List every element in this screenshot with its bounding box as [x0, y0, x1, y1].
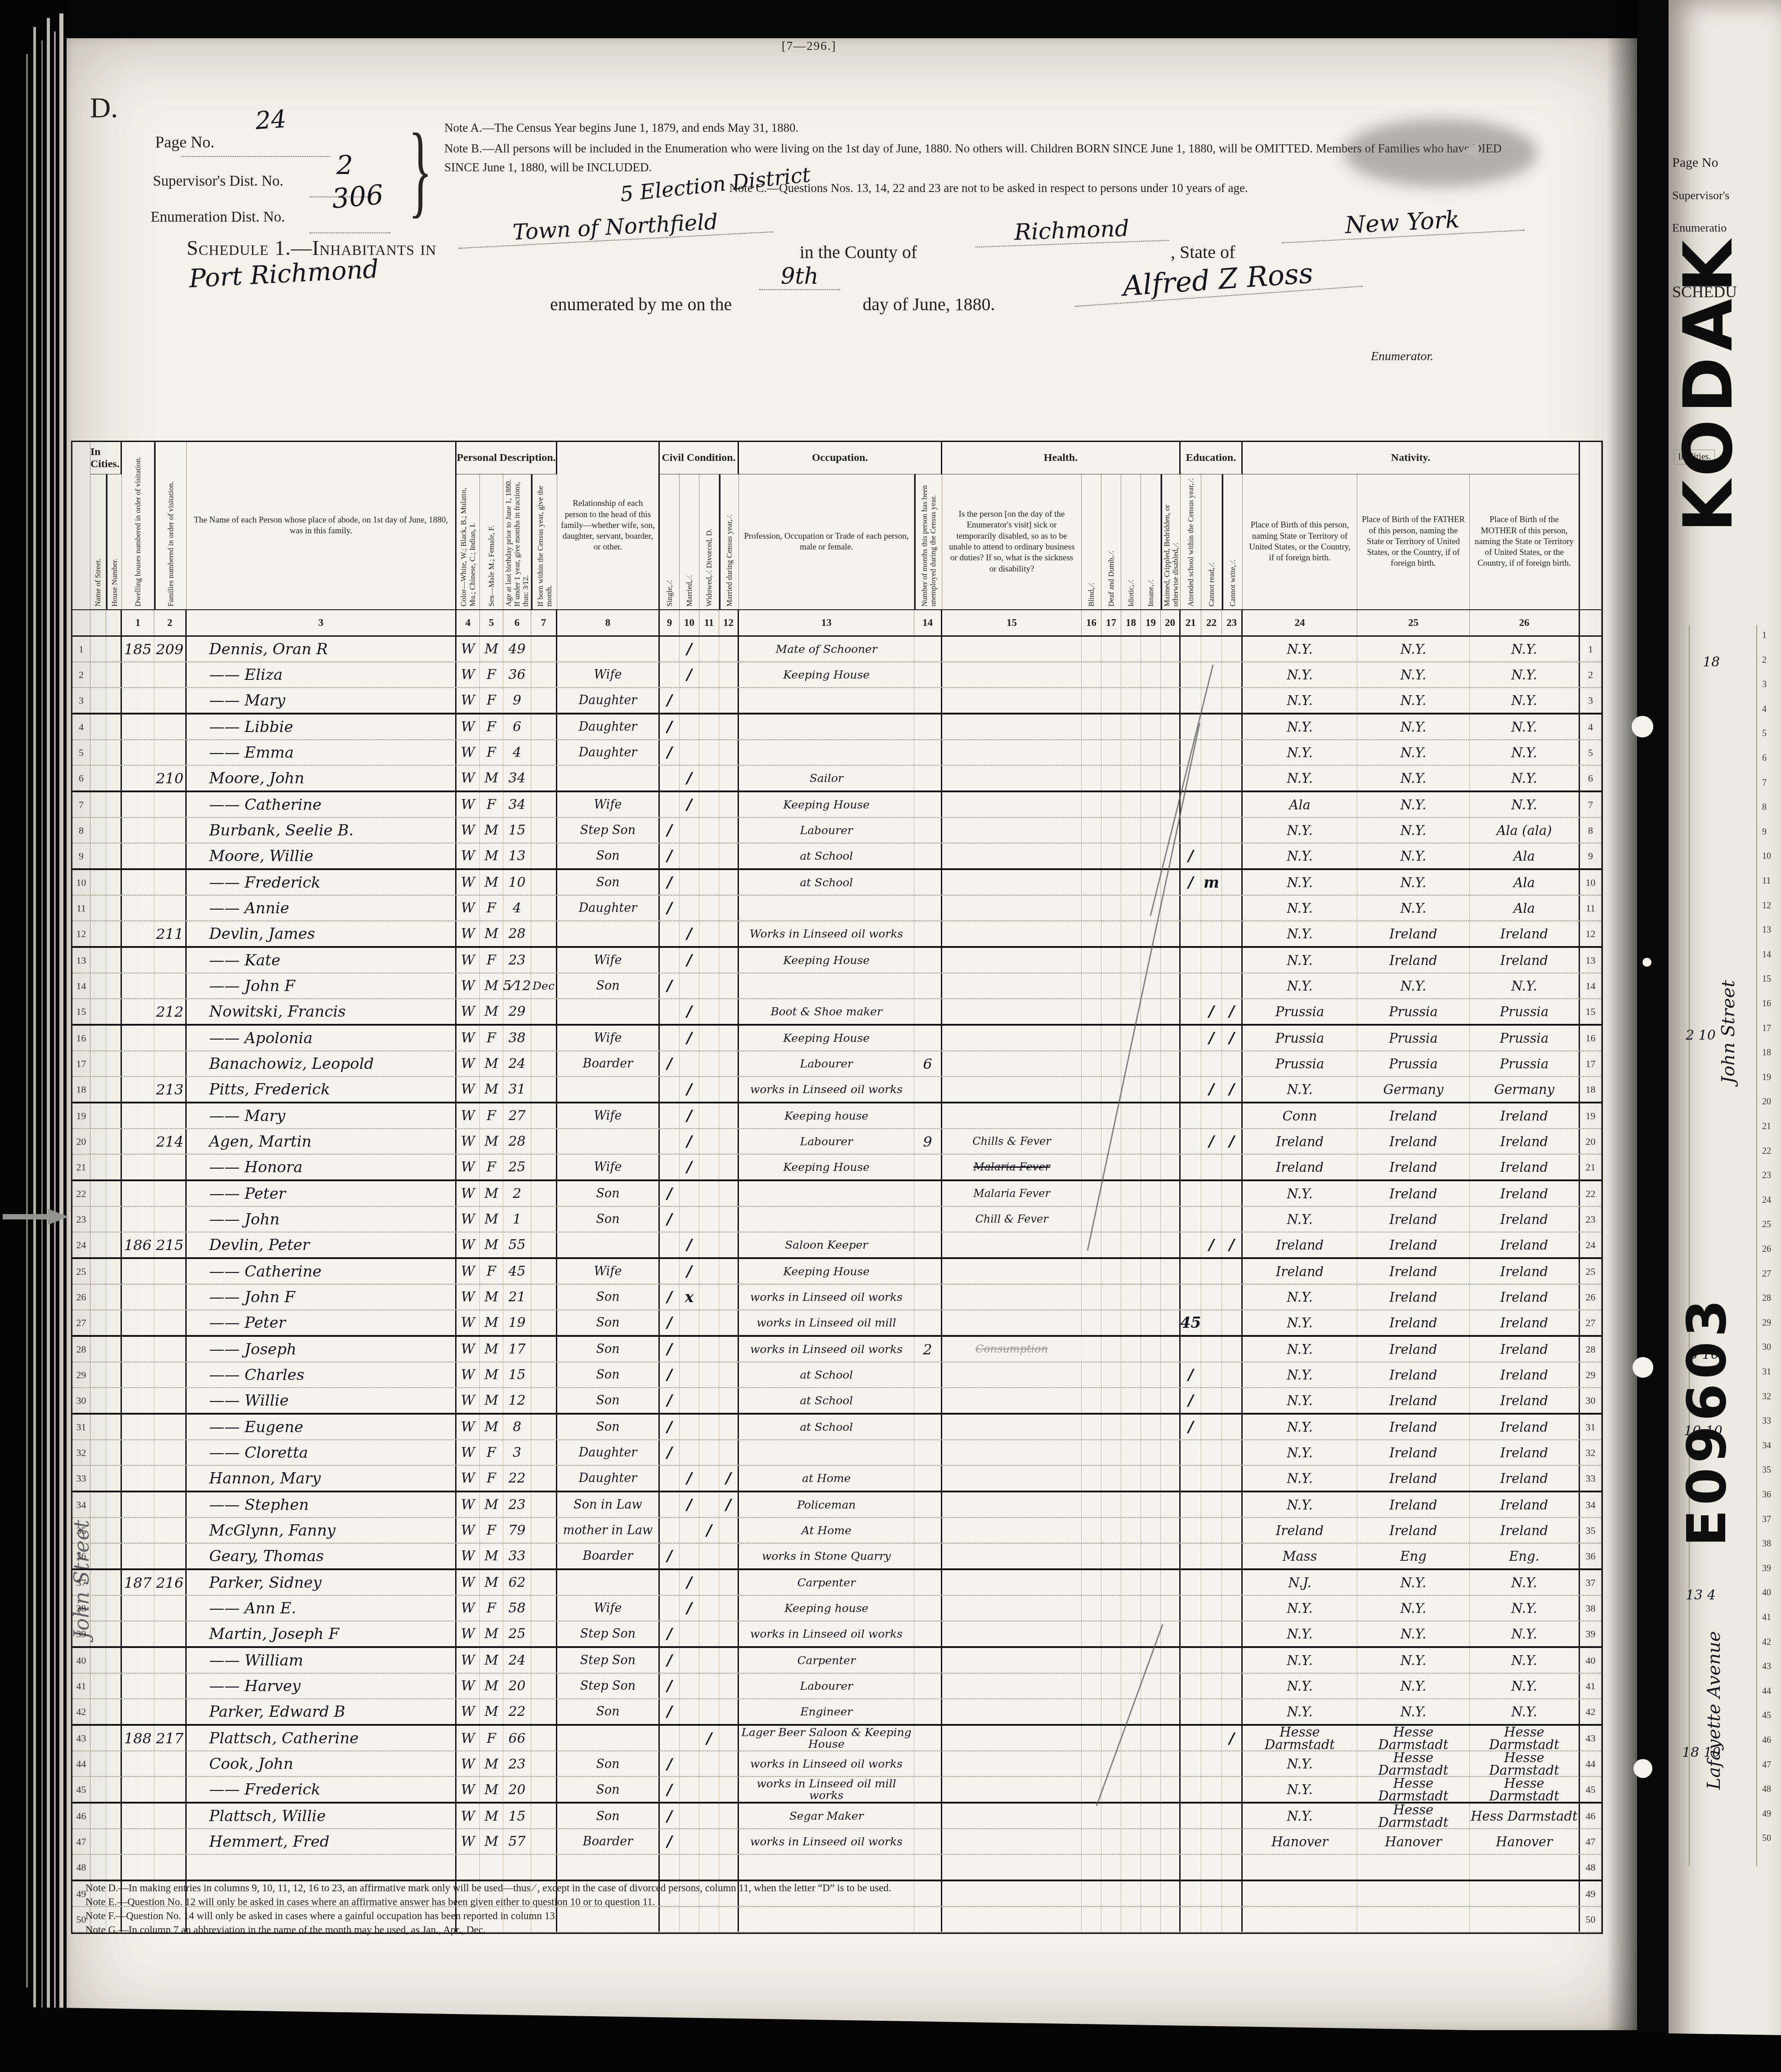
header-group-pd: Personal Description.	[456, 442, 557, 474]
cell-maimed	[1161, 1362, 1181, 1387]
cell-widowed	[699, 1674, 719, 1698]
cell-month-born	[531, 1310, 557, 1335]
cell-father-birthplace: N.Y.	[1357, 973, 1470, 998]
cell-age: 4	[503, 896, 531, 920]
cell-mother-birthplace: Ala (ala)	[1470, 818, 1580, 843]
cell-cannot-write	[1222, 1415, 1243, 1439]
cell-months-unemployed	[914, 1621, 942, 1646]
cell-cannot-write	[1222, 688, 1243, 713]
cell-relationship: Son	[557, 1804, 660, 1829]
row-number-right: 36	[1580, 1544, 1602, 1568]
row-number-right: 11	[1580, 896, 1602, 920]
cell-cannot-read	[1201, 1596, 1222, 1621]
cell-months-unemployed	[914, 1207, 942, 1232]
cell-sex: F	[480, 1026, 503, 1050]
cell-age: 49	[503, 637, 531, 661]
cell-insane	[1141, 1103, 1161, 1128]
cell-month-born	[531, 1129, 557, 1154]
cell-idiotic	[1121, 1259, 1141, 1284]
np-row-number: 28	[1762, 1293, 1771, 1304]
cell-married-in-year	[719, 844, 739, 868]
cell-street	[90, 1103, 106, 1128]
cell-maimed	[1161, 1544, 1181, 1568]
cell-married-in-year	[719, 792, 739, 817]
cell-single: /	[660, 1804, 680, 1829]
row-number-left: 8	[72, 818, 90, 843]
np-row-number: 10	[1762, 851, 1771, 862]
cell-attended-school	[1181, 1129, 1201, 1154]
cell-month-born	[531, 688, 557, 713]
cell-blind	[1082, 1804, 1101, 1829]
cell-family: 216	[154, 1570, 187, 1595]
cell-cannot-read: /	[1201, 1077, 1222, 1102]
cell-deaf-dumb	[1101, 1466, 1121, 1491]
cell-blind	[1082, 1155, 1101, 1179]
cell-maimed	[1161, 1570, 1181, 1595]
cell-months-unemployed	[914, 1362, 942, 1387]
cell-name: —— Joseph	[187, 1337, 456, 1362]
table-body: 1185209Dennis, Oran RWM49/Mate of Schoon…	[72, 637, 1602, 1933]
cell-blind	[1082, 870, 1101, 895]
cell-attended-school	[1181, 999, 1201, 1024]
cell-married-in-year	[719, 1699, 739, 1724]
header-num-c4: 4	[456, 609, 480, 635]
cell-maimed	[1161, 1026, 1181, 1050]
cell-deaf-dumb	[1101, 1855, 1121, 1880]
cell-name: Hannon, Mary	[187, 1466, 456, 1491]
cell-month-born	[531, 1804, 557, 1829]
cell-single	[660, 637, 680, 661]
cell-cannot-write: /	[1222, 1026, 1243, 1050]
cell-month-born	[531, 1777, 557, 1802]
cell-widowed	[699, 1466, 719, 1491]
cell-attended-school	[1181, 1699, 1201, 1724]
cell-birthplace: N.Y.	[1243, 921, 1357, 946]
cell-father-birthplace: Ireland	[1357, 1232, 1470, 1257]
cell-single: /	[660, 714, 680, 739]
cell-attended-school: /	[1181, 1388, 1201, 1413]
cell-age: 27	[503, 1103, 531, 1128]
cell-married: /	[680, 1129, 699, 1154]
enumerated-label: enumerated by me on the	[550, 294, 732, 315]
cell-sickness	[942, 1726, 1082, 1751]
cell-birthplace: N.Y.	[1243, 1440, 1357, 1465]
cell-deaf-dumb	[1101, 637, 1121, 661]
cell-married: /	[680, 792, 699, 817]
cell-house	[106, 688, 122, 713]
cell-name: Devlin, Peter	[187, 1232, 456, 1257]
cell-age: 24	[503, 1648, 531, 1673]
cell-occupation: Keeping House	[739, 1155, 914, 1179]
census-row: 22—— PeterWM2Son/Malaria FeverN.Y.Irelan…	[72, 1181, 1602, 1207]
cell-married: /	[680, 948, 699, 973]
cell-single	[660, 921, 680, 946]
cell-birthplace: N.Y.	[1243, 1181, 1357, 1206]
cell-street	[90, 740, 106, 765]
cell-deaf-dumb	[1101, 1570, 1121, 1595]
cell-married-in-year	[719, 973, 739, 998]
cell-widowed	[699, 1855, 719, 1880]
cell-street	[90, 1337, 106, 1362]
cell-insane	[1141, 1544, 1161, 1568]
header-col-street: Name of Street.	[90, 474, 106, 609]
cell-married-in-year	[719, 1544, 739, 1568]
cell-mother-birthplace: Ireland	[1470, 1337, 1580, 1362]
cell-street	[90, 1415, 106, 1439]
cell-cannot-read	[1201, 1777, 1222, 1802]
cell-idiotic	[1121, 1492, 1141, 1517]
cell-name: Plattsch, Willie	[187, 1804, 456, 1829]
cell-maimed	[1161, 1129, 1181, 1154]
cell-sex: M	[480, 1648, 503, 1673]
cell-street	[90, 688, 106, 713]
cell-street	[90, 1466, 106, 1491]
cell-blind	[1082, 766, 1101, 790]
row-number-left: 2	[72, 662, 90, 687]
header-num-c14: 14	[914, 609, 942, 635]
cell-single: /	[660, 818, 680, 843]
census-row: 23—— JohnWM1Son/Chill & FeverN.Y.Ireland…	[72, 1207, 1602, 1232]
header-num-c13: 13	[739, 609, 914, 635]
cell-insane	[1141, 921, 1161, 946]
cell-sex: M	[480, 1699, 503, 1724]
header-col-c3: The Name of each Person whose place of a…	[187, 442, 456, 609]
page-no-value: 24	[255, 105, 287, 135]
cell-age: 12	[503, 1388, 531, 1413]
cell-single: /	[660, 1181, 680, 1206]
row-number-right: 25	[1580, 1259, 1602, 1284]
cell-insane	[1141, 1751, 1161, 1777]
cell-color: W	[456, 1077, 480, 1102]
cell-occupation: at School	[739, 1388, 914, 1413]
header-col-c24: Place of Birth of this person, naming St…	[1243, 474, 1357, 609]
cell-widowed	[699, 1232, 719, 1257]
census-row: 29—— CharlesWM15Son/at School/N.Y.Irelan…	[72, 1362, 1602, 1388]
cell-maimed	[1161, 1518, 1181, 1543]
cell-age: 15	[503, 1804, 531, 1829]
cell-idiotic	[1121, 1855, 1141, 1880]
row-number-left: 23	[72, 1207, 90, 1232]
cell-father-birthplace: Hesse Darmstadt	[1357, 1726, 1470, 1751]
cell-birthplace	[1243, 1881, 1357, 1906]
cell-family	[154, 1362, 187, 1387]
cell-married-in-year	[719, 1310, 739, 1335]
cell-father-birthplace: Ireland	[1357, 1518, 1470, 1543]
cell-street	[90, 766, 106, 790]
cell-sickness	[942, 1596, 1082, 1621]
cell-occupation: Keeping House	[739, 1259, 914, 1284]
cell-idiotic	[1121, 1415, 1141, 1439]
np-row-number: 50	[1762, 1833, 1771, 1844]
cell-relationship: Son	[557, 1777, 660, 1802]
cell-widowed	[699, 740, 719, 765]
cell-birthplace: N.Y.	[1243, 1285, 1357, 1309]
cell-occupation	[739, 688, 914, 713]
cell-age: 15	[503, 818, 531, 843]
row-number-right: 7	[1580, 792, 1602, 817]
cell-single	[660, 1077, 680, 1102]
header-col-c20: Maimed, Crippled, Bedridden, or otherwis…	[1161, 474, 1181, 609]
row-number-right: 22	[1580, 1181, 1602, 1206]
cell-occupation: Lager Beer Saloon & Keeping House	[739, 1726, 914, 1751]
cell-widowed	[699, 1129, 719, 1154]
cell-attended-school	[1181, 1285, 1201, 1309]
cell-cannot-read	[1201, 1829, 1222, 1854]
cell-single: /	[660, 870, 680, 895]
cell-cannot-read	[1201, 1804, 1222, 1829]
cell-sex: M	[480, 1388, 503, 1413]
cell-months-unemployed	[914, 1232, 942, 1257]
cell-occupation: at School	[739, 1362, 914, 1387]
cell-family	[154, 870, 187, 895]
cell-sex: M	[480, 1077, 503, 1102]
cell-color: W	[456, 870, 480, 895]
cell-mother-birthplace: N.Y.	[1470, 714, 1580, 739]
cell-father-birthplace: Ireland	[1357, 948, 1470, 973]
np-fragment: 2 10	[1686, 1027, 1716, 1043]
cell-sickness	[942, 1362, 1082, 1387]
enum-dist-label: Enumeration Dist. No.	[151, 209, 285, 226]
cell-sickness	[942, 1492, 1082, 1517]
cell-attended-school	[1181, 921, 1201, 946]
cell-cannot-read	[1201, 818, 1222, 843]
cell-color: W	[456, 1362, 480, 1387]
header-num-c17: 17	[1101, 609, 1121, 635]
cell-mother-birthplace: N.Y.	[1470, 1648, 1580, 1673]
np-row-number: 5	[1762, 728, 1767, 739]
header-group-cc: Civil Condition.	[660, 442, 739, 474]
cell-cannot-write	[1222, 766, 1243, 790]
cell-color: W	[456, 1621, 480, 1646]
header-col-c7: If born within the Census year, give the…	[531, 474, 557, 609]
cell-month-born	[531, 948, 557, 973]
cell-months-unemployed	[914, 1855, 942, 1880]
cell-mother-birthplace: Hesse Darmstadt	[1470, 1777, 1580, 1802]
cell-street	[90, 999, 106, 1024]
cell-name	[187, 1855, 456, 1880]
cell-dwelling	[122, 1388, 154, 1413]
cell-cannot-read	[1201, 1726, 1222, 1751]
row-number-right: 18	[1580, 1077, 1602, 1102]
cell-attended-school	[1181, 1466, 1201, 1491]
cell-name: —— Stephen	[187, 1492, 456, 1517]
cell-married	[680, 1207, 699, 1232]
np-row-number: 3	[1762, 679, 1767, 690]
cell-month-born	[531, 1181, 557, 1206]
np-row-number: 4	[1762, 704, 1767, 714]
cell-relationship: Wife	[557, 948, 660, 973]
row-number-right: 35	[1580, 1518, 1602, 1543]
punch-hole	[1633, 1357, 1653, 1378]
cell-color: W	[456, 1751, 480, 1777]
census-row: 14—— John FWM5⁄12DecSon/N.Y.N.Y.N.Y.14	[72, 973, 1602, 999]
cell-house	[106, 1674, 122, 1698]
cell-mother-birthplace: N.Y.	[1470, 792, 1580, 817]
cell-mother-birthplace: Hess Darmstadt	[1470, 1804, 1580, 1829]
cell-maimed	[1161, 1077, 1181, 1102]
header-num-c9: 9	[660, 609, 680, 635]
cell-blind	[1082, 714, 1101, 739]
header-num-c21: 21	[1181, 609, 1201, 635]
cell-relationship: Son	[557, 1699, 660, 1724]
cell-married-in-year	[719, 1804, 739, 1829]
cell-street	[90, 1129, 106, 1154]
np-fragment: John Street	[1718, 832, 1739, 1084]
cell-father-birthplace: Hesse Darmstadt	[1357, 1804, 1470, 1829]
cell-mother-birthplace: Ala	[1470, 896, 1580, 920]
cell-occupation: Labourer	[739, 1051, 914, 1076]
row-number-left: 46	[72, 1804, 90, 1829]
cell-father-birthplace: N.Y.	[1357, 792, 1470, 817]
cell-married	[680, 1829, 699, 1854]
enum-dist-value: 306	[331, 179, 385, 215]
cell-married: /	[680, 1155, 699, 1179]
np-row-number: 25	[1762, 1219, 1771, 1230]
cell-sickness	[942, 973, 1082, 998]
cell-single: /	[660, 1388, 680, 1413]
row-number-right: 20	[1580, 1129, 1602, 1154]
cell-cannot-write: /	[1222, 1726, 1243, 1751]
cell-sex: M	[480, 1415, 503, 1439]
cell-insane	[1141, 1129, 1161, 1154]
cell-street	[90, 1570, 106, 1595]
cell-family	[154, 714, 187, 739]
cell-months-unemployed	[914, 688, 942, 713]
cell-name: —— John F	[187, 973, 456, 998]
cell-sex: F	[480, 740, 503, 765]
cell-age: 6	[503, 714, 531, 739]
cell-street	[90, 1804, 106, 1829]
cell-blind	[1082, 1285, 1101, 1309]
cell-dwelling	[122, 844, 154, 868]
cell-name: Devlin, James	[187, 921, 456, 946]
cell-maimed	[1161, 1674, 1181, 1698]
cell-widowed	[699, 1388, 719, 1413]
cell-family	[154, 662, 187, 687]
cell-sickness	[942, 844, 1082, 868]
punch-hole	[1632, 716, 1653, 737]
county-fill: Richmond	[975, 214, 1169, 248]
census-row: 31—— EugeneWM8Son/at School/N.Y.IrelandI…	[72, 1415, 1602, 1440]
cell-idiotic	[1121, 714, 1141, 739]
cell-widowed	[699, 1596, 719, 1621]
cell-relationship: Daughter	[557, 1440, 660, 1465]
census-row: 46Plattsch, WillieWM15Son/Segar MakerN.Y…	[72, 1804, 1602, 1829]
census-row: 26—— John FWM21Son/xworks in Linseed oil…	[72, 1285, 1602, 1310]
film-frame-code: E09603	[1676, 1295, 1738, 1546]
cell-father-birthplace	[1357, 1881, 1470, 1906]
cell-maimed	[1161, 1337, 1181, 1362]
cell-cannot-read	[1201, 1362, 1222, 1387]
cell-blind	[1082, 1726, 1101, 1751]
cell-father-birthplace: Prussia	[1357, 1026, 1470, 1050]
cell-age: 31	[503, 1077, 531, 1102]
census-row: 45—— FrederickWM20Son/works in Linseed o…	[72, 1777, 1602, 1804]
cell-house	[106, 1621, 122, 1646]
cell-occupation: at School	[739, 870, 914, 895]
row-number-left: 7	[72, 792, 90, 817]
row-number-left: 5	[72, 740, 90, 765]
cell-single	[660, 948, 680, 973]
cell-sex: F	[480, 948, 503, 973]
cell-birthplace: Prussia	[1243, 1051, 1357, 1076]
census-page: D. [7—296.] Page No. 24 Supervisor's Dis…	[67, 38, 1637, 2030]
cell-color: W	[456, 1103, 480, 1128]
cell-color: W	[456, 973, 480, 998]
cell-cannot-read	[1201, 1337, 1222, 1362]
row-number-right: 38	[1580, 1596, 1602, 1621]
cell-color: W	[456, 1596, 480, 1621]
cell-cannot-read	[1201, 948, 1222, 973]
census-row: 7—— CatherineWF34Wife/Keeping HouseAlaN.…	[72, 792, 1602, 818]
header-num-rnR	[1580, 609, 1602, 635]
cell-cannot-read	[1201, 1855, 1222, 1880]
cell-idiotic	[1121, 818, 1141, 843]
row-number-right: 15	[1580, 999, 1602, 1024]
row-number-left: 29	[72, 1362, 90, 1387]
cell-blind	[1082, 662, 1101, 687]
header-num-c22: 22	[1201, 609, 1222, 635]
cell-sickness	[942, 1051, 1082, 1076]
census-row: 12211Devlin, JamesWM28/Works in Linseed …	[72, 921, 1602, 948]
cell-months-unemployed	[914, 1285, 942, 1309]
cell-color: W	[456, 1051, 480, 1076]
cell-cannot-read	[1201, 1621, 1222, 1646]
cell-insane	[1141, 1699, 1161, 1724]
cell-attended-school	[1181, 1259, 1201, 1284]
cell-age: 20	[503, 1777, 531, 1802]
cell-insane	[1141, 1804, 1161, 1829]
cell-house	[106, 1699, 122, 1724]
cell-sickness: Consumption	[942, 1337, 1082, 1362]
header-col-c12: Married during Census year, ⁄.	[719, 474, 739, 609]
cell-cannot-read	[1201, 740, 1222, 765]
cell-blind	[1082, 688, 1101, 713]
cell-widowed	[699, 1103, 719, 1128]
cell-birthplace: N.J.	[1243, 1570, 1357, 1595]
cell-occupation: Mate of Schooner	[739, 637, 914, 661]
cell-family	[154, 1026, 187, 1050]
cell-maimed	[1161, 1310, 1181, 1335]
cell-sex: F	[480, 688, 503, 713]
cell-mother-birthplace: N.Y.	[1470, 637, 1580, 661]
cell-age: 3	[503, 1440, 531, 1465]
cell-street	[90, 818, 106, 843]
cell-attended-school	[1181, 1440, 1201, 1465]
cell-relationship: Son	[557, 844, 660, 868]
cell-blind	[1082, 1026, 1101, 1050]
row-number-left: 12	[72, 921, 90, 946]
cell-single	[660, 766, 680, 790]
cell-cannot-read	[1201, 792, 1222, 817]
cell-dwelling	[122, 921, 154, 946]
cell-name: Parker, Sidney	[187, 1570, 456, 1595]
cell-name: Nowitski, Francis	[187, 999, 456, 1024]
row-number-left: 22	[72, 1181, 90, 1206]
cell-name: Hemmert, Fred	[187, 1829, 456, 1854]
cell-month-born	[531, 1051, 557, 1076]
cell-street	[90, 973, 106, 998]
cell-age: 45	[503, 1259, 531, 1284]
cell-father-birthplace: N.Y.	[1357, 896, 1470, 920]
cell-deaf-dumb	[1101, 1804, 1121, 1829]
cell-relationship: Son	[557, 1207, 660, 1232]
row-number-right: 19	[1580, 1103, 1602, 1128]
cell-idiotic	[1121, 1129, 1141, 1154]
cell-dwelling	[122, 1259, 154, 1284]
cell-dwelling	[122, 740, 154, 765]
cell-age: 28	[503, 1129, 531, 1154]
